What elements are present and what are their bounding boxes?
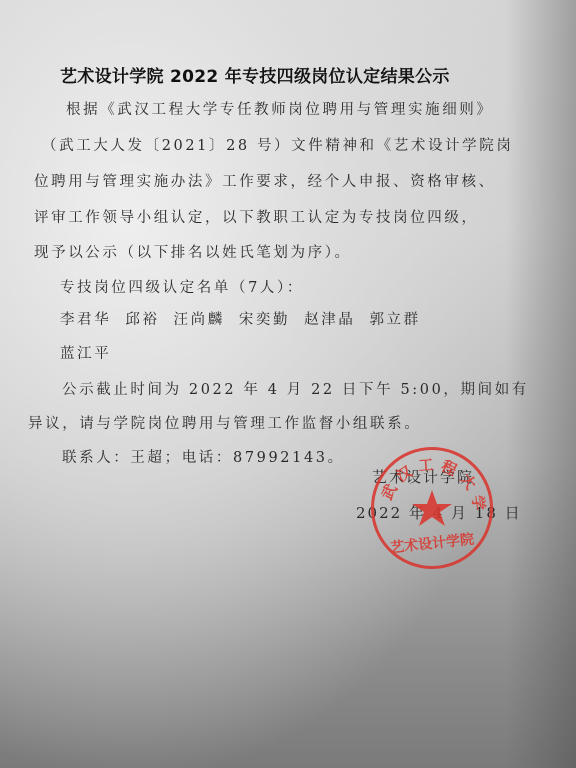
star-icon: 武汉工程大学 艺术设计学院 xyxy=(374,450,490,566)
name-item: 汪尚麟 xyxy=(174,308,225,329)
paragraph-line: 位聘用与管理实施办法》工作要求，经个人申报、资格审核、 xyxy=(34,170,496,191)
list-heading: 专技岗位四级认定名单（7人）： xyxy=(60,276,304,297)
paragraph-line: 根据《武汉工程大学专任教师岗位聘用与管理实施细则》 xyxy=(66,98,494,119)
paragraph-line: 评审工作领导小组认定，以下教职工认定为专技岗位四级， xyxy=(34,206,479,227)
paragraph-line: 公示截止时间为 2022 年 4 月 22 日下午 5:00，期间如有 xyxy=(62,378,529,399)
paragraph-line: （武工大人发〔2021〕28 号）文件精神和《艺术设计学院岗 xyxy=(42,134,513,155)
names-row: 蓝江平 xyxy=(60,342,125,363)
names-row: 李君华邱裕汪尚麟宋奕勤赵津晶郭立群 xyxy=(60,308,435,329)
name-item: 邱裕 xyxy=(125,308,159,329)
name-item: 蓝江平 xyxy=(60,342,111,363)
document-title: 艺术设计学院 2022 年专技四级岗位认定结果公示 xyxy=(60,62,480,87)
name-item: 郭立群 xyxy=(369,308,420,329)
name-item: 赵津晶 xyxy=(304,308,355,329)
official-seal: 武汉工程大学 艺术设计学院 xyxy=(371,447,493,569)
document-page: 艺术设计学院 2022 年专技四级岗位认定结果公示 根据《武汉工程大学专任教师岗… xyxy=(0,0,576,768)
paragraph-line: 异议，请与学院岗位聘用与管理工作监督小组联系。 xyxy=(28,412,421,433)
name-item: 宋奕勤 xyxy=(239,308,290,329)
contact-line: 联系人：王超；电话：87992143。 xyxy=(62,446,345,467)
svg-text:艺术设计学院: 艺术设计学院 xyxy=(389,531,474,557)
name-item: 李君华 xyxy=(60,308,111,329)
paragraph-line: 现予以公示（以下排名以姓氏笔划为序）。 xyxy=(34,241,352,262)
